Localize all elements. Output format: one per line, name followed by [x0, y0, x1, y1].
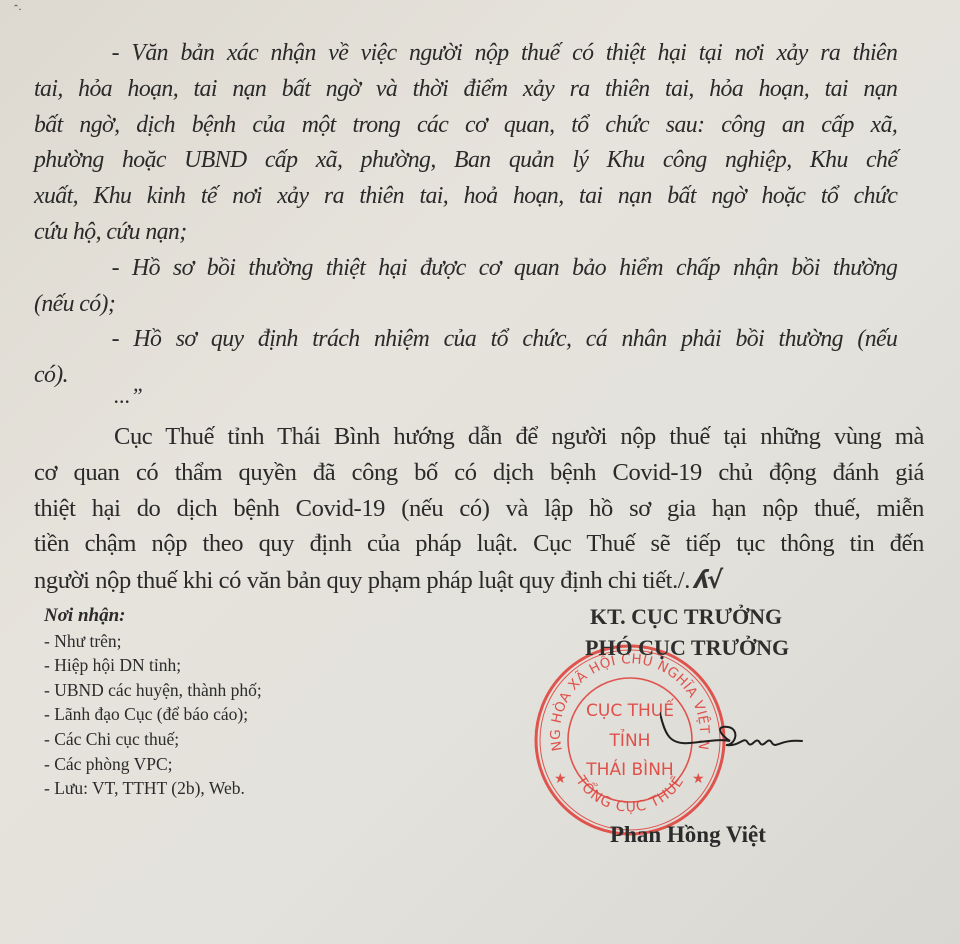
recipients-title: Nơi nhận:: [44, 604, 262, 629]
quote-item-3: - Hồ sơ quy định trách nhiệm của tổ chức…: [34, 321, 897, 393]
text-line: tiền chậm nộp theo quy định của pháp luậ…: [34, 526, 924, 562]
recipient-item: - UBND các huyện, thành phố;: [44, 678, 262, 703]
recipient-item: - Các Chi cục thuế;: [44, 727, 262, 752]
text-line: phường hoặc UBND cấp xã, phường, Ban quả…: [34, 142, 897, 178]
quote-item-1: - Văn bản xác nhận về việc người nộp thu…: [34, 35, 897, 250]
text-line: xuất, Khu kinh tế nơi xảy ra thiên tai, …: [34, 178, 897, 214]
quote-item-2: - Hồ sơ bồi thường thiệt hại được cơ qua…: [34, 250, 897, 322]
text-line: - Hồ sơ quy định trách nhiệm của tổ chức…: [34, 321, 897, 357]
recipient-item: - Các phòng VPC;: [44, 752, 262, 777]
handwritten-signature: [660, 705, 820, 765]
initials-mark: ʎ√: [694, 565, 720, 594]
text-line: Cục Thuế tỉnh Thái Bình hướng dẫn để ngư…: [34, 419, 924, 455]
recipient-item: - Hiệp hội DN tỉnh;: [44, 653, 262, 678]
text-line: cơ quan có thẩm quyền đã công bố có dịch…: [34, 455, 924, 491]
recipients-list: - Như trên; - Hiệp hội DN tỉnh; - UBND c…: [44, 629, 262, 801]
signer-title-line1: KT. CỤC TRƯỞNG: [590, 604, 782, 630]
document-page: ˆ· - Văn bản xác nhận về việc người nộp …: [0, 0, 960, 944]
corner-mark: ˆ·: [14, 2, 22, 17]
text-line: bất ngờ, dịch bệnh của một trong các cơ …: [34, 107, 897, 143]
recipient-item: - Như trên;: [44, 629, 262, 654]
signer-name: Phan Hồng Việt: [610, 822, 766, 848]
text-line: tai, hỏa hoạn, tai nạn bất ngờ và thời đ…: [34, 71, 897, 107]
recipient-item: - Lưu: VT, TTHT (2b), Web.: [44, 776, 262, 801]
text-line: có).: [34, 357, 897, 393]
text-line: cứu hộ, cứu nạn;: [34, 214, 897, 250]
quoted-list: - Văn bản xác nhận về việc người nộp thu…: [34, 35, 897, 393]
final-sentence: người nộp thuế khi có văn bản quy phạm p…: [34, 567, 690, 594]
star-icon: ★: [554, 771, 567, 787]
recipients-block: Nơi nhận: - Như trên; - Hiệp hội DN tỉnh…: [44, 604, 262, 801]
text-line: (nếu có);: [34, 286, 897, 322]
text-line: - Văn bản xác nhận về việc người nộp thu…: [34, 35, 897, 71]
text-line: - Hồ sơ bồi thường thiệt hại được cơ qua…: [34, 250, 897, 286]
star-icon: ★: [692, 771, 705, 787]
text-line: người nộp thuế khi có văn bản quy phạm p…: [34, 562, 924, 599]
recipient-item: - Lãnh đạo Cục (để báo cáo);: [44, 702, 262, 727]
text-line: thiệt hại do dịch bệnh Covid-19 (nếu có)…: [34, 491, 924, 527]
quote-end: ...”: [114, 383, 143, 409]
signer-title-line2: PHÓ CỤC TRƯỞNG: [585, 635, 789, 661]
closing-paragraph: Cục Thuế tỉnh Thái Bình hướng dẫn để ngư…: [34, 419, 924, 599]
stamp-center-line2: TỈNH: [609, 728, 651, 751]
